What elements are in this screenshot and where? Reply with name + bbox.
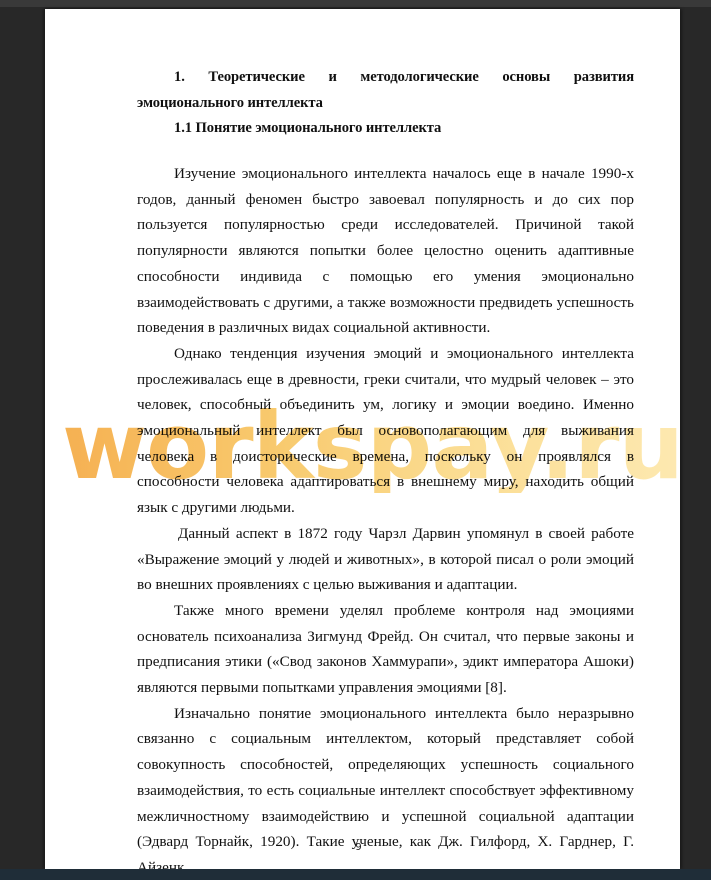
chapter-title-line-1: 1. Теоретические и методологические осно… [137, 65, 634, 91]
viewer-top-bar [0, 0, 711, 7]
paragraph: Также много времени уделял проблеме конт… [137, 598, 634, 701]
viewer-bottom-bar [0, 869, 711, 880]
body-text: Изучение эмоционального интеллекта начал… [137, 161, 634, 869]
paragraph: Данный аспект в 1872 году Чарзл Дарвин у… [137, 521, 634, 598]
document-page: 1. Теоретические и методологические осно… [45, 9, 680, 869]
page-number: 9 [45, 842, 676, 853]
paragraph: Изучение эмоционального интеллекта начал… [137, 161, 634, 341]
section-title: 1.1 Понятие эмоционального интеллекта [137, 116, 634, 142]
chapter-title-line-2: эмоционального интеллекта [137, 91, 634, 117]
paragraph: Однако тенденция изучения эмоций и эмоци… [137, 341, 634, 521]
chapter-heading: 1. Теоретические и методологические осно… [137, 65, 634, 142]
